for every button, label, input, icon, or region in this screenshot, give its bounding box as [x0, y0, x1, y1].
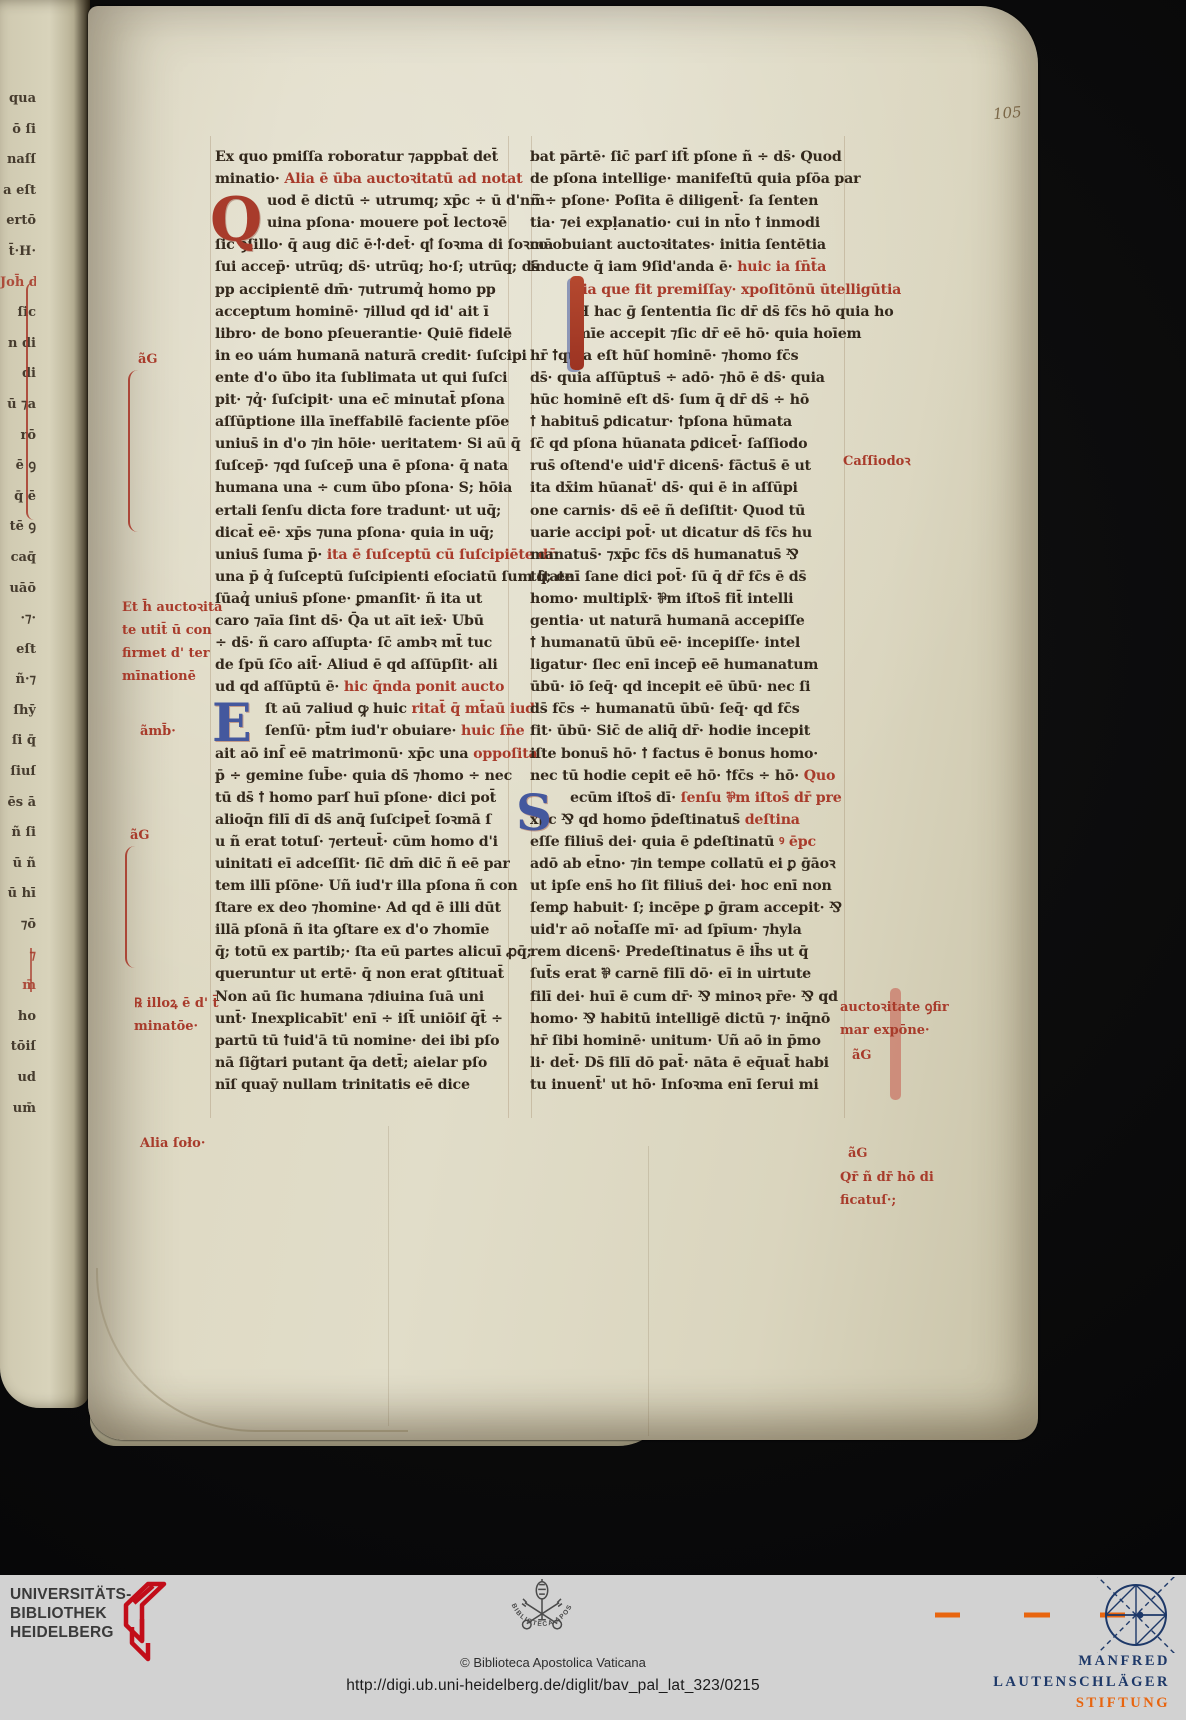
margin-bracket	[125, 846, 136, 968]
digitized-manuscript-viewer: quaō ſinaſſa eſtertōt̄·H·Joh̄ d'aīōſicn …	[0, 0, 1186, 1720]
margin-note-augustinus-3: ãG	[852, 1044, 872, 1067]
footer-bar: UNIVERSITÄTS- BIBLIOTHEK HEIDELBERG BIBL…	[0, 1575, 1186, 1720]
ml-line1: MANFRED	[993, 1651, 1170, 1672]
margin-note-auctoritate: Et h̄ auctoꝛitate utit̄ ū confirmet d' t…	[122, 596, 222, 688]
margin-note-augustinus: ãG	[138, 348, 158, 371]
lautenschlaeger-stiftung-logo-icon	[928, 1577, 1184, 1653]
margin-note-cassiodorus: Caſſiodoꝛ	[843, 450, 911, 473]
margin-red-mark	[30, 948, 36, 992]
margin-note-augustinus-2: ãG	[130, 824, 150, 847]
margin-note-alia-solutio: Alia ſoło·	[140, 1132, 205, 1155]
margin-note-auctoritate-confirmat: auctoꝛitate ꝯfirmar expōne·	[840, 996, 949, 1042]
svg-text:BIBLIOTECA APOSTOLICA VATICANA: BIBLIOTECA APOSTOLICA VATICANA	[504, 1578, 574, 1628]
decorated-initial-s: S	[516, 788, 552, 838]
margin-note-quare: Qr̄ ñ dr̄ hō dificatuſ·;	[840, 1166, 934, 1212]
lautenschlaeger-stiftung-wordmark: MANFRED LAUTENSCHLÄGER STIFTUNG	[993, 1651, 1170, 1714]
parchment-crease	[648, 1146, 649, 1436]
ml-line3: STIFTUNG	[993, 1693, 1170, 1714]
vatican-library-seal-icon: BIBLIOTECA APOSTOLICA VATICANA	[504, 1578, 580, 1654]
ub-heidelberg-logo-icon	[112, 1579, 174, 1663]
text-column-left: Ex quo pmiſſa roboratur ⁊appbat̄ det̄min…	[215, 146, 537, 1096]
decorated-initial-i	[570, 276, 584, 370]
manuscript-page: 105 Ex quo pmiſſa roboratur ⁊appbat̄ det…	[88, 6, 1038, 1440]
vatican-copyright: © Biblioteca Apostolica Vaticana	[373, 1655, 733, 1670]
previous-page-edge: quaō ſinaſſa eſtertōt̄·H·Joh̄ d'aīōſicn …	[0, 0, 90, 1408]
margin-bracket	[128, 370, 139, 532]
photo-backdrop: quaō ſinaſſa eſtertōt̄·H·Joh̄ d'aīōſicn …	[0, 0, 1186, 1575]
decorated-initial-e: E	[212, 698, 252, 750]
margin-note-responsio: ℞ illoꝝ ē d' t̄minatōe·	[134, 992, 219, 1038]
decorated-initial-q: Q	[210, 190, 262, 250]
parchment-crease	[388, 1126, 389, 1426]
margin-bracket-mark	[26, 282, 35, 520]
page-curl-line	[96, 1268, 408, 1432]
folio-number: 105	[992, 103, 1022, 123]
margin-note-augustinus-4: ãG	[848, 1142, 868, 1165]
ml-line2: LAUTENSCHLÄGER	[993, 1672, 1170, 1693]
permalink-url[interactable]: http://digi.ub.uni-heidelberg.de/diglit/…	[273, 1677, 833, 1695]
margin-note-ambrosius: ãmb̄·	[140, 720, 176, 743]
